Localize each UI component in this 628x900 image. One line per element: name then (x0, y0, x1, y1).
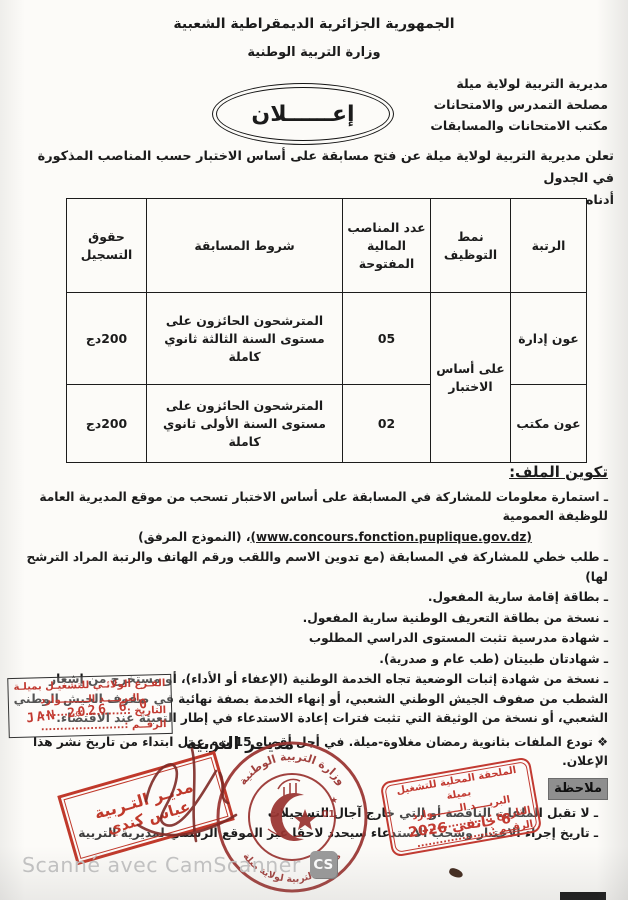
file-item-5: ـ شهادة مدرسية تثبت المستوى الدراسي المط… (12, 629, 608, 649)
cell-fee-2: 200دج (67, 385, 147, 463)
announcement-oval: إعــــــلان (212, 83, 394, 145)
scanned-announcement-document: الجمهورية الجزائرية الديمقراطية الشعبية … (0, 0, 628, 900)
org-block: مديرية التربية لولاية ميلة مصلحة التمدرس… (430, 73, 608, 136)
cell-recruitment-mode: على أساس الاختبار (431, 293, 511, 463)
file-item-2: ـ طلب خطي للمشاركة في المسابقة (مع تدوين… (12, 548, 608, 587)
header-fee: حقوق التسجيل (67, 199, 147, 293)
bottom-edge-artifact (560, 892, 606, 900)
round-stamp-star-icon: ★ (330, 796, 338, 806)
camscanner-text: Scanné avec CamScanner (22, 853, 301, 877)
ministry-title: وزارة التربية الوطنية (0, 45, 628, 60)
round-stamp-number: 01 (322, 809, 335, 820)
positions-table: الرتبة نمط التوظيف عدد المناصب المالية ا… (66, 198, 587, 463)
camscanner-watermark: CS Scanné avec CamScanner (22, 851, 337, 878)
country-title: الجمهورية الجزائرية الديمقراطية الشعبية (0, 16, 628, 32)
announcement-label: إعــــــلان (251, 102, 354, 127)
table-row: عون إدارة على أساس الاختبار 05 المترشحون… (67, 293, 587, 385)
cell-conditions-2: المترشحون الحائزون على مستوى السنة الأول… (147, 385, 343, 463)
handwritten-signature (108, 733, 258, 858)
intro-line-1: تعلن مديرية التربية لولاية ميلة عن فتح م… (38, 149, 614, 186)
header-conditions: شروط المسابقة (147, 199, 343, 293)
cell-fee-1: 200دج (67, 293, 147, 385)
file-item-1-url-line: (www.concours.fonction.puplique.gov.dz)،… (12, 528, 608, 548)
org-line-directorate: مديرية التربية لولاية ميلة (430, 73, 608, 94)
cell-positions-2: 02 (343, 385, 431, 463)
file-item-4: ـ نسخة من بطاقة التعريف الوطنية سارية ال… (12, 609, 608, 629)
file-item-6: ـ شهادتان طبيتان (طب عام و صدرية). (12, 650, 608, 670)
file-section-title: تكوين الملف: (509, 463, 608, 483)
ink-blob-artifact (448, 867, 464, 879)
header-mode: نمط التوظيف (431, 199, 511, 293)
cell-positions-1: 05 (343, 293, 431, 385)
cell-rank-1: عون إدارة (511, 293, 587, 385)
public-service-url: (www.concours.fonction.puplique.gov.dz) (250, 530, 531, 544)
file-item-3: ـ بطاقة إقامة سارية المفعول. (12, 588, 608, 608)
table-header-row: الرتبة نمط التوظيف عدد المناصب المالية ا… (67, 199, 587, 293)
header-rank: الرتبة (511, 199, 587, 293)
org-line-office: مكتب الامتحانات والمسابقات (430, 115, 608, 136)
announcement-oval-inner: إعــــــلان (216, 87, 390, 141)
cell-rank-2: عون مكتب (511, 385, 587, 463)
intro-line-2: أدناه (586, 193, 614, 208)
cell-conditions-1: المترشحون الحائزون على مستوى السنة الثال… (147, 293, 343, 385)
diamond-bullet-icon: ❖ (597, 735, 608, 749)
header-positions: عدد المناصب المالية المفتوحة (343, 199, 431, 293)
algeria-emblem-icon (268, 779, 316, 841)
org-line-service: مصلحة التمدرس والامتحانات (430, 94, 608, 115)
camscanner-badge-icon: CS (310, 851, 337, 878)
file-item-1-suffix: ، (النموذج المرفق) (138, 530, 250, 544)
file-item-1: ـ استمارة معلومات للمشاركة في المسابقة ع… (12, 488, 608, 527)
note-title-badge: ملاحظة (548, 778, 608, 801)
